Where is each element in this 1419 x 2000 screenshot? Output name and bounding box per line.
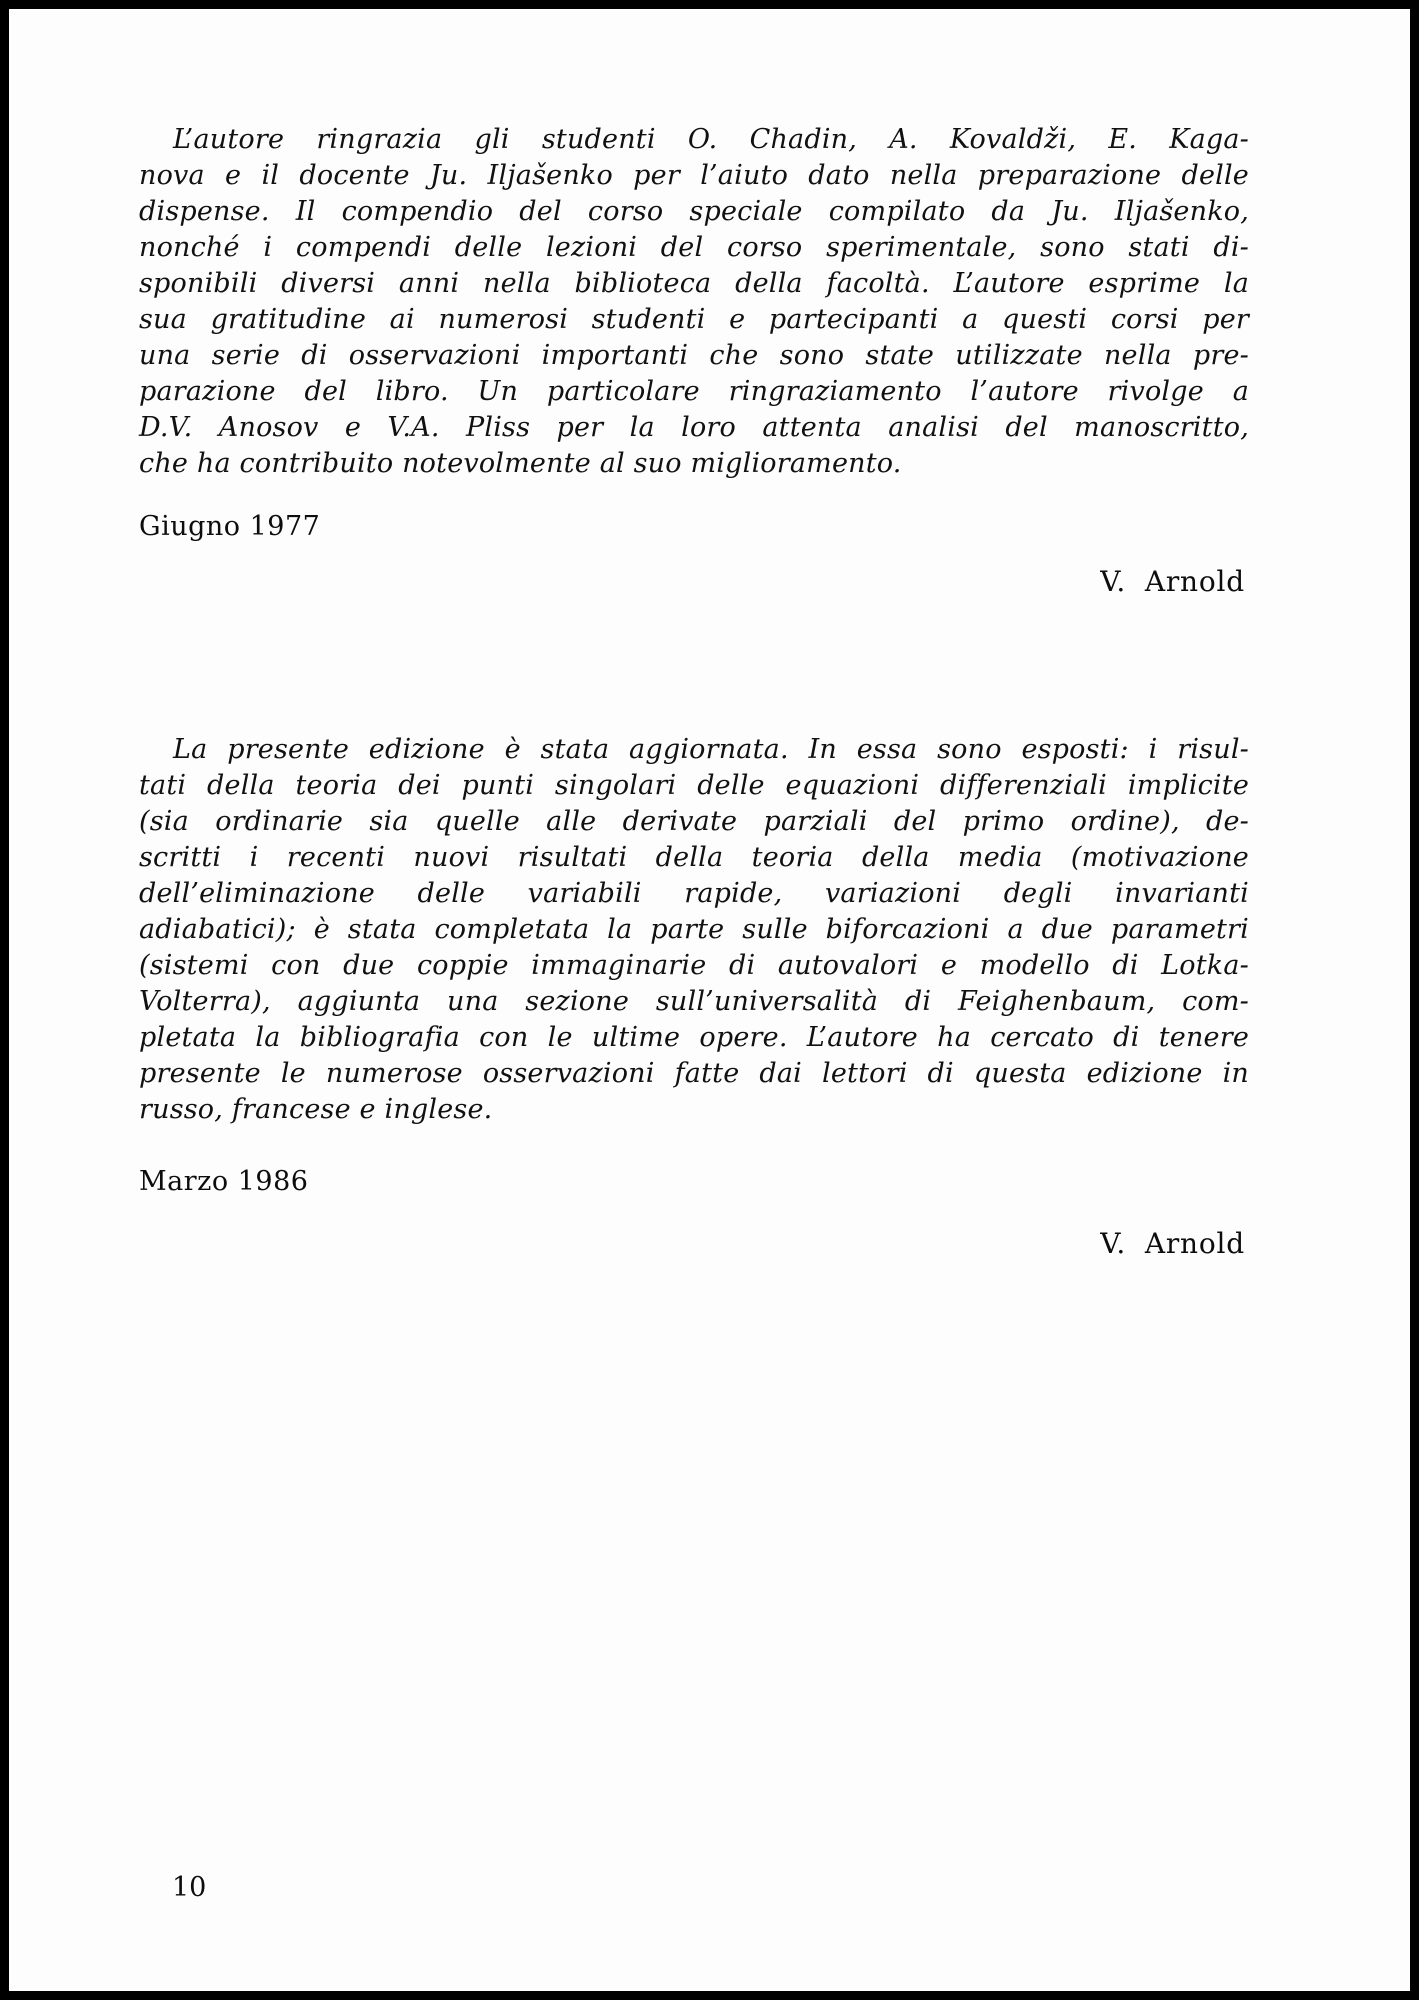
preface-line: sua gratitudine ai numerosi studenti e p…: [139, 302, 1249, 338]
preface-line: (sistemi con due coppie immaginarie di a…: [139, 948, 1249, 984]
author-signature-1986: V. Arnold: [139, 1227, 1249, 1261]
preface-line: una serie di osservazioni importanti che…: [139, 338, 1249, 374]
preface-1977-paragraph: L’autore ringrazia gli studenti O. Chadi…: [139, 122, 1249, 482]
preface-line: tati della teoria dei punti singolari de…: [139, 768, 1249, 804]
preface-line: La presente edizione è stata aggiornata.…: [139, 732, 1249, 768]
preface-line: che ha contribuito notevolmente al suo m…: [139, 446, 1249, 482]
preface-line: scritti i recenti nuovi risultati della …: [139, 840, 1249, 876]
preface-line: pletata la bibliografia con le ultime op…: [139, 1020, 1249, 1056]
preface-line: presente le numerose osservazioni fatte …: [139, 1056, 1249, 1092]
preface-line: D.V. Anosov e V.A. Pliss per la loro att…: [139, 410, 1249, 446]
preface-line: nonché i compendi delle lezioni del cors…: [139, 230, 1249, 266]
page-number: 10: [172, 1871, 206, 1905]
preface-line: dispense. Il compendio del corso special…: [139, 194, 1249, 230]
date-1986: Marzo 1986: [139, 1165, 1249, 1199]
preface-line: sponibili diversi anni nella biblioteca …: [139, 266, 1249, 302]
preface-1986-paragraph: La presente edizione è stata aggiornata.…: [139, 732, 1249, 1128]
book-page: L’autore ringrazia gli studenti O. Chadi…: [0, 0, 1419, 2000]
preface-line: adiabatici); è stata completata la parte…: [139, 912, 1249, 948]
date-1977: Giugno 1977: [139, 510, 1249, 544]
preface-line: parazione del libro. Un particolare ring…: [139, 374, 1249, 410]
author-signature-1977: V. Arnold: [139, 565, 1249, 599]
preface-line: nova e il docente Ju. Iljašenko per l’ai…: [139, 158, 1249, 194]
preface-line: Volterra), aggiunta una sezione sull’uni…: [139, 984, 1249, 1020]
preface-line: russo, francese e inglese.: [139, 1092, 1249, 1128]
preface-line: dell’eliminazione delle variabili rapide…: [139, 876, 1249, 912]
preface-line: (sia ordinarie sia quelle alle derivate …: [139, 804, 1249, 840]
preface-line: L’autore ringrazia gli studenti O. Chadi…: [139, 122, 1249, 158]
